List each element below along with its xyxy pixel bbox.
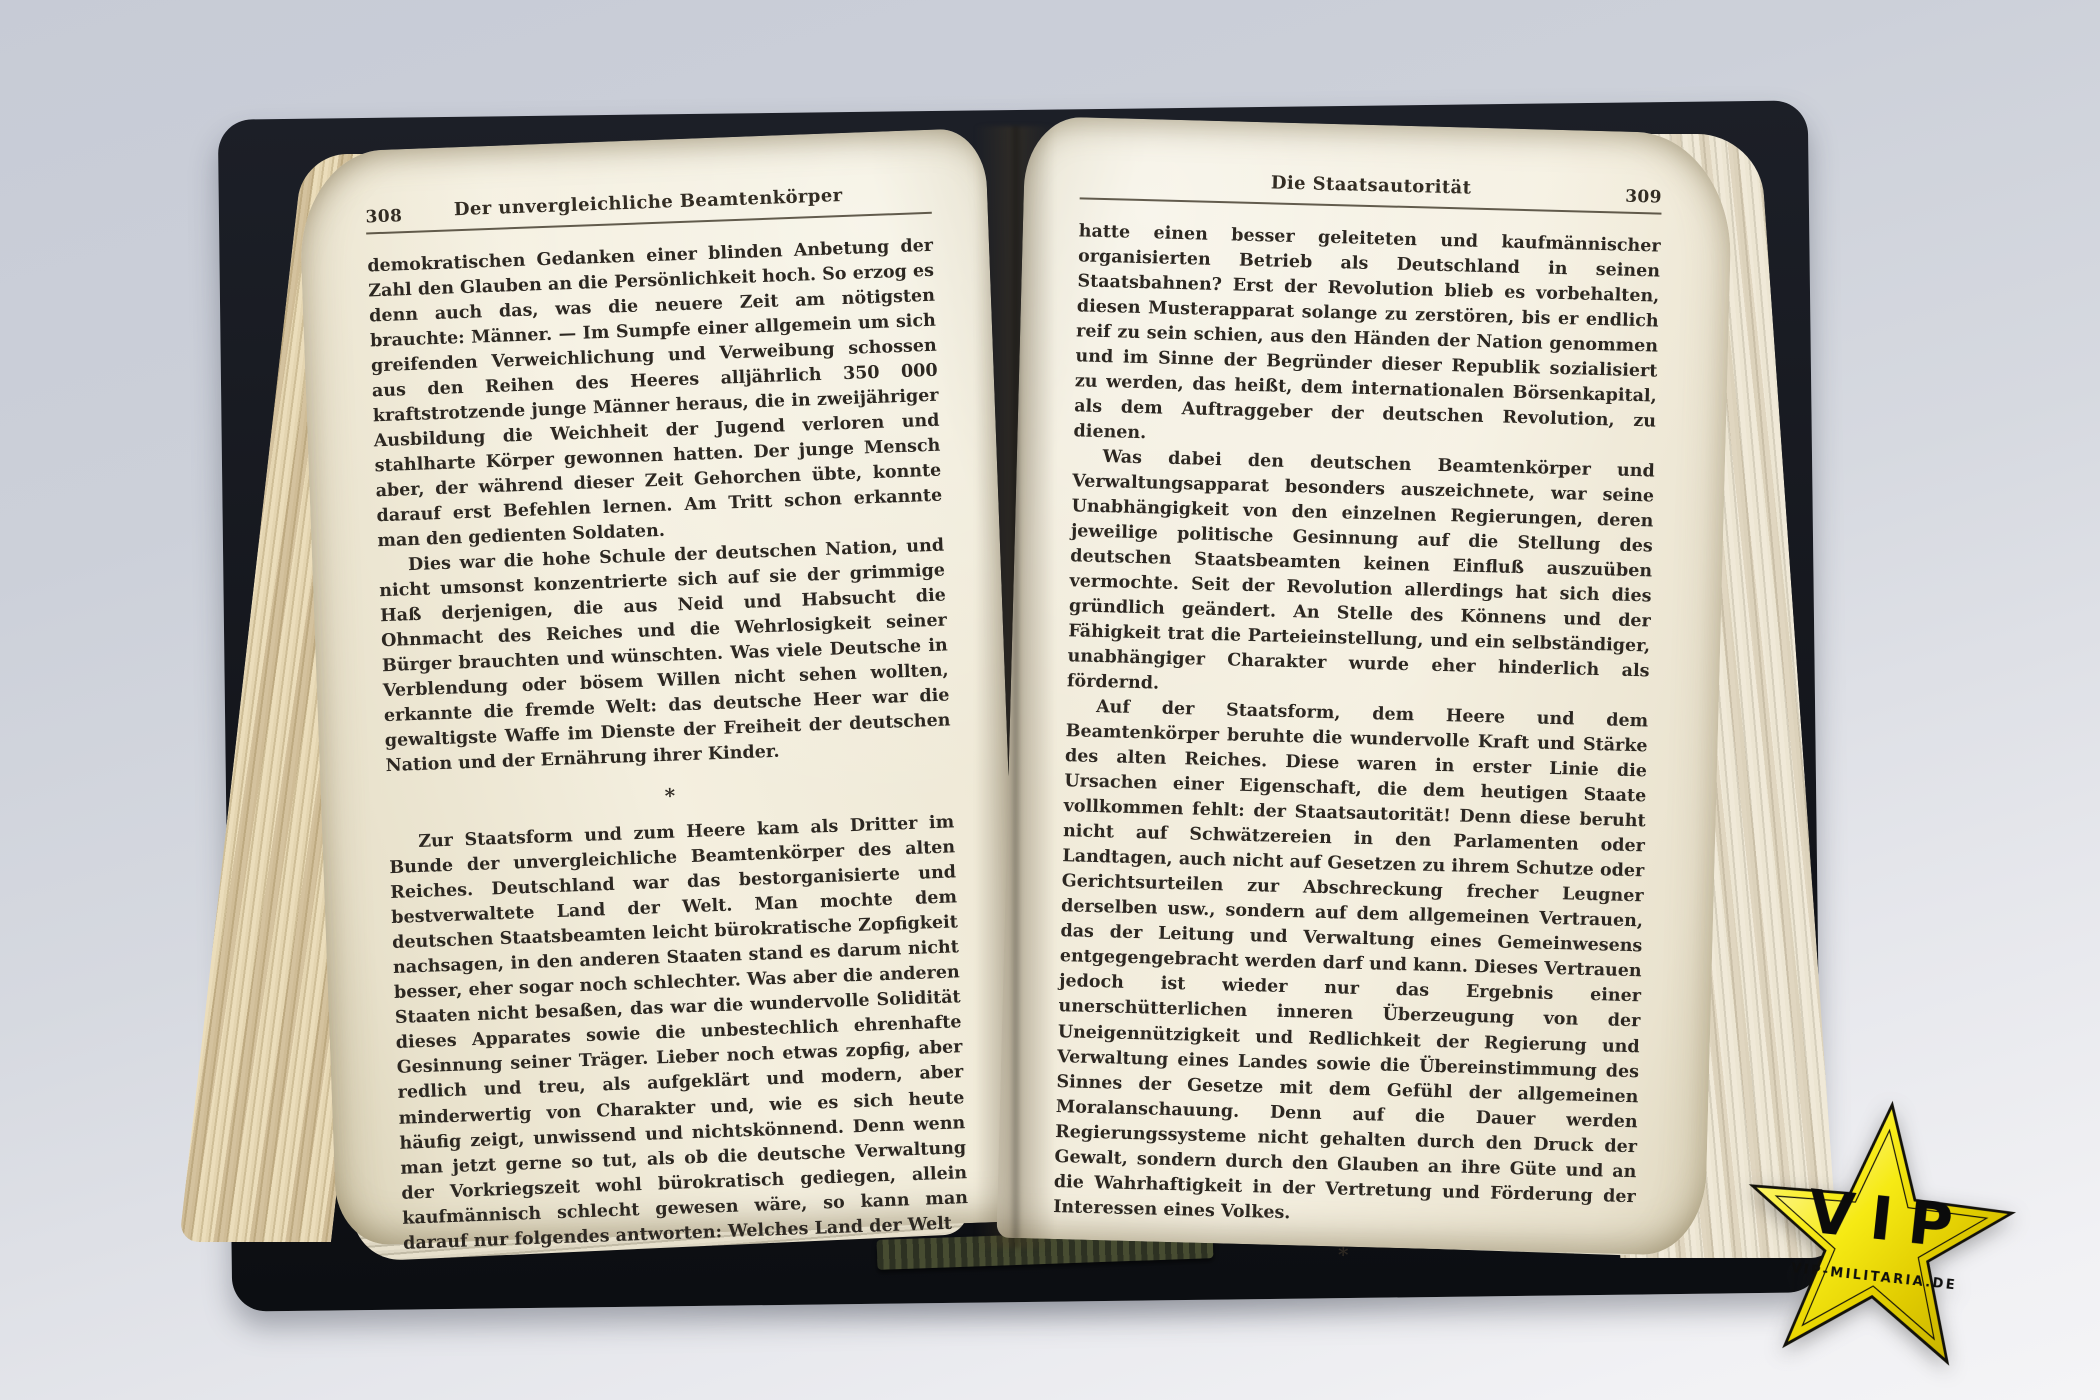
open-book: 308 Der unvergleichliche Beamtenkörper d… [225,110,1815,1302]
paragraph: Was dabei den deutschen Beamtenkörper un… [1067,444,1655,709]
photo-backdrop: 308 Der unvergleichliche Beamtenkörper d… [0,0,2100,1400]
right-page-content: Die Staatsautorität 309 hatte einen bess… [996,116,1733,1256]
right-page: Die Staatsautorität 309 hatte einen bess… [996,116,1733,1256]
left-page: 308 Der unvergleichliche Beamtenkörper d… [297,128,1025,1246]
left-page-content: 308 Der unvergleichliche Beamtenkörper d… [297,128,1025,1246]
page-number-left: 308 [365,206,402,227]
star-text: VIP VIP-MILITARIA.DE [1724,1086,2032,1394]
page-number-right: 309 [1625,187,1662,208]
vip-logo-text: VIP [1789,1175,1972,1263]
running-header-right-title: Die Staatsautorität [1271,172,1472,198]
paragraph: Auf der Staatsform, dem Heere und dem Be… [1053,694,1649,1234]
paragraph: Dies war die hohe Schule der deutschen N… [378,534,952,780]
vip-militaria-url: VIP-MILITARIA.DE [1790,1261,1957,1293]
paragraph: Zur Staatsform und zum Heere kam als Dri… [388,811,969,1257]
running-header-right: Die Staatsautorität 309 [1080,167,1663,214]
running-header-left: 308 Der unvergleichliche Beamtenkörper [365,182,932,235]
paragraph: hatte einen besser geleiteten und kaufmä… [1073,219,1661,459]
paragraph: demokratischen Gedanken einer blinden An… [367,234,944,555]
running-header-left-title: Der unvergleichliche Beamtenkörper [454,185,843,220]
section-break-asterisk: * [387,774,953,819]
vip-militaria-watermark: VIP VIP-MILITARIA.DE [1724,1086,2032,1394]
